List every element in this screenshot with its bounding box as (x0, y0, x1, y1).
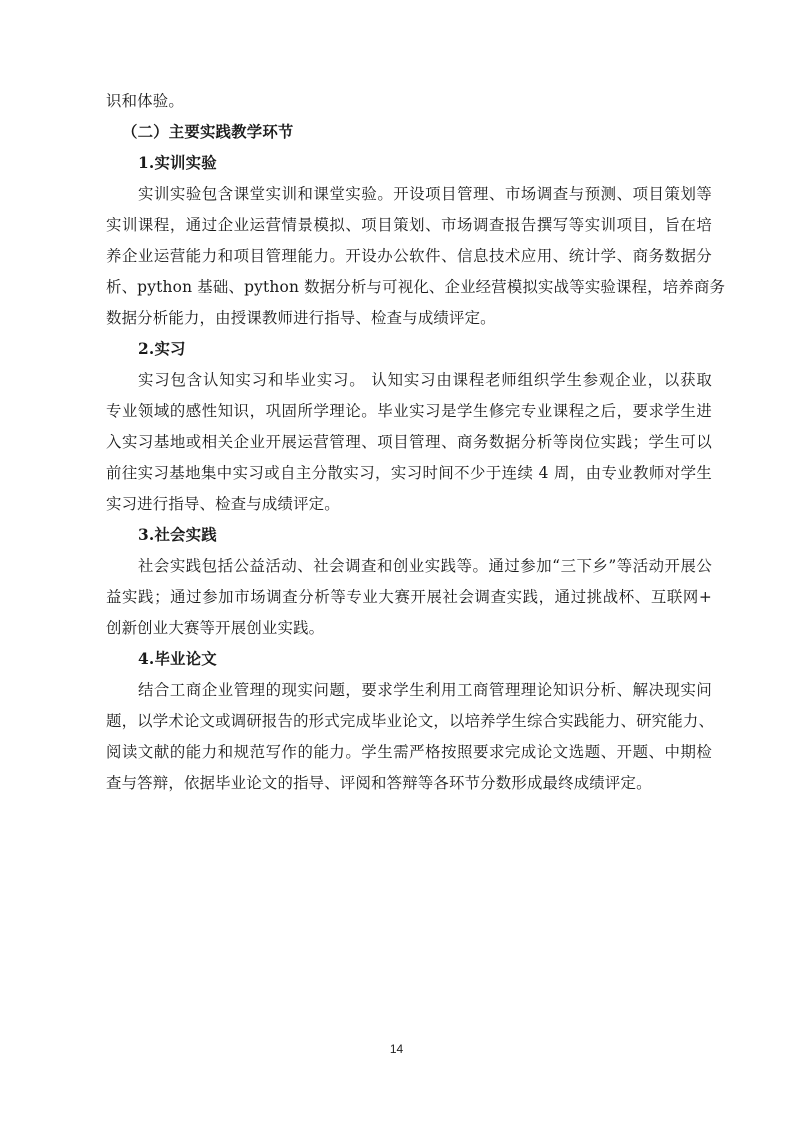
subsection-title: 1.实训实验 (106, 148, 712, 179)
paragraph-line: 实习包含认知实习和毕业实习。 认知实习由课程老师组织学生参观企业，以获取 (106, 365, 712, 396)
paragraph-line: 实训实验包含课堂实训和课堂实验。开设项目管理、市场调查与预测、项目策划等 (106, 179, 712, 210)
continuation-text: 识和体验。 (106, 86, 712, 117)
subsection-training-experiments: 1.实训实验 实训实验包含课堂实训和课堂实验。开设项目管理、市场调查与预测、项目… (106, 148, 712, 334)
paragraph-line: 实习进行指导、检查与成绩评定。 (106, 489, 712, 520)
subsection-internship: 2.实习 实习包含认知实习和毕业实习。 认知实习由课程老师组织学生参观企业，以获… (106, 334, 712, 520)
subsection-title: 2.实习 (106, 334, 712, 365)
page-number: 14 (0, 1042, 793, 1056)
section-heading: （二）主要实践教学环节 (106, 117, 712, 148)
subsection-title: 3.社会实践 (106, 520, 712, 551)
paragraph-line: 专业领域的感性知识，巩固所学理论。毕业实习是学生修完专业课程之后，要求学生进 (106, 396, 712, 427)
paragraph-line: 题，以学术论文或调研报告的形式完成毕业论文，以培养学生综合实践能力、研究能力、 (106, 706, 712, 737)
paragraph-line: 阅读文献的能力和规范写作的能力。学生需严格按照要求完成论文选题、开题、中期检 (106, 737, 712, 768)
paragraph-line: 实训课程，通过企业运营情景模拟、项目策划、市场调查报告撰写等实训项目，旨在培 (106, 210, 712, 241)
paragraph-line: 创新创业大赛等开展创业实践。 (106, 613, 712, 644)
paragraph-line: 社会实践包括公益活动、社会调查和创业实践等。通过参加“三下乡”等活动开展公 (106, 551, 712, 582)
paragraph-line: 查与答辩，依据毕业论文的指导、评阅和答辩等各环节分数形成最终成绩评定。 (106, 768, 712, 799)
paragraph-line: 前往实习基地集中实习或自主分散实习，实习时间不少于连续 4 周，由专业教师对学生 (106, 458, 712, 489)
subsection-graduation-thesis: 4.毕业论文 结合工商企业管理的现实问题，要求学生利用工商管理理论知识分析、解决… (106, 644, 712, 799)
subsection-social-practice: 3.社会实践 社会实践包括公益活动、社会调查和创业实践等。通过参加“三下乡”等活… (106, 520, 712, 644)
document-page: 识和体验。 （二）主要实践教学环节 1.实训实验 实训实验包含课堂实训和课堂实验… (106, 86, 712, 799)
paragraph-line: 益实践；通过参加市场调查分析等专业大赛开展社会调查实践，通过挑战杯、互联网+ (106, 582, 712, 613)
paragraph-line: 结合工商企业管理的现实问题，要求学生利用工商管理理论知识分析、解决现实问 (106, 675, 712, 706)
paragraph-line: 析、python 基础、python 数据分析与可视化、企业经营模拟实战等实验课… (106, 272, 712, 303)
paragraph-line: 养企业运营能力和项目管理能力。开设办公软件、信息技术应用、统计学、商务数据分 (106, 241, 712, 272)
subsection-title: 4.毕业论文 (106, 644, 712, 675)
paragraph-line: 数据分析能力，由授课教师进行指导、检查与成绩评定。 (106, 303, 712, 334)
paragraph-line: 入实习基地或相关企业开展运营管理、项目管理、商务数据分析等岗位实践；学生可以 (106, 427, 712, 458)
